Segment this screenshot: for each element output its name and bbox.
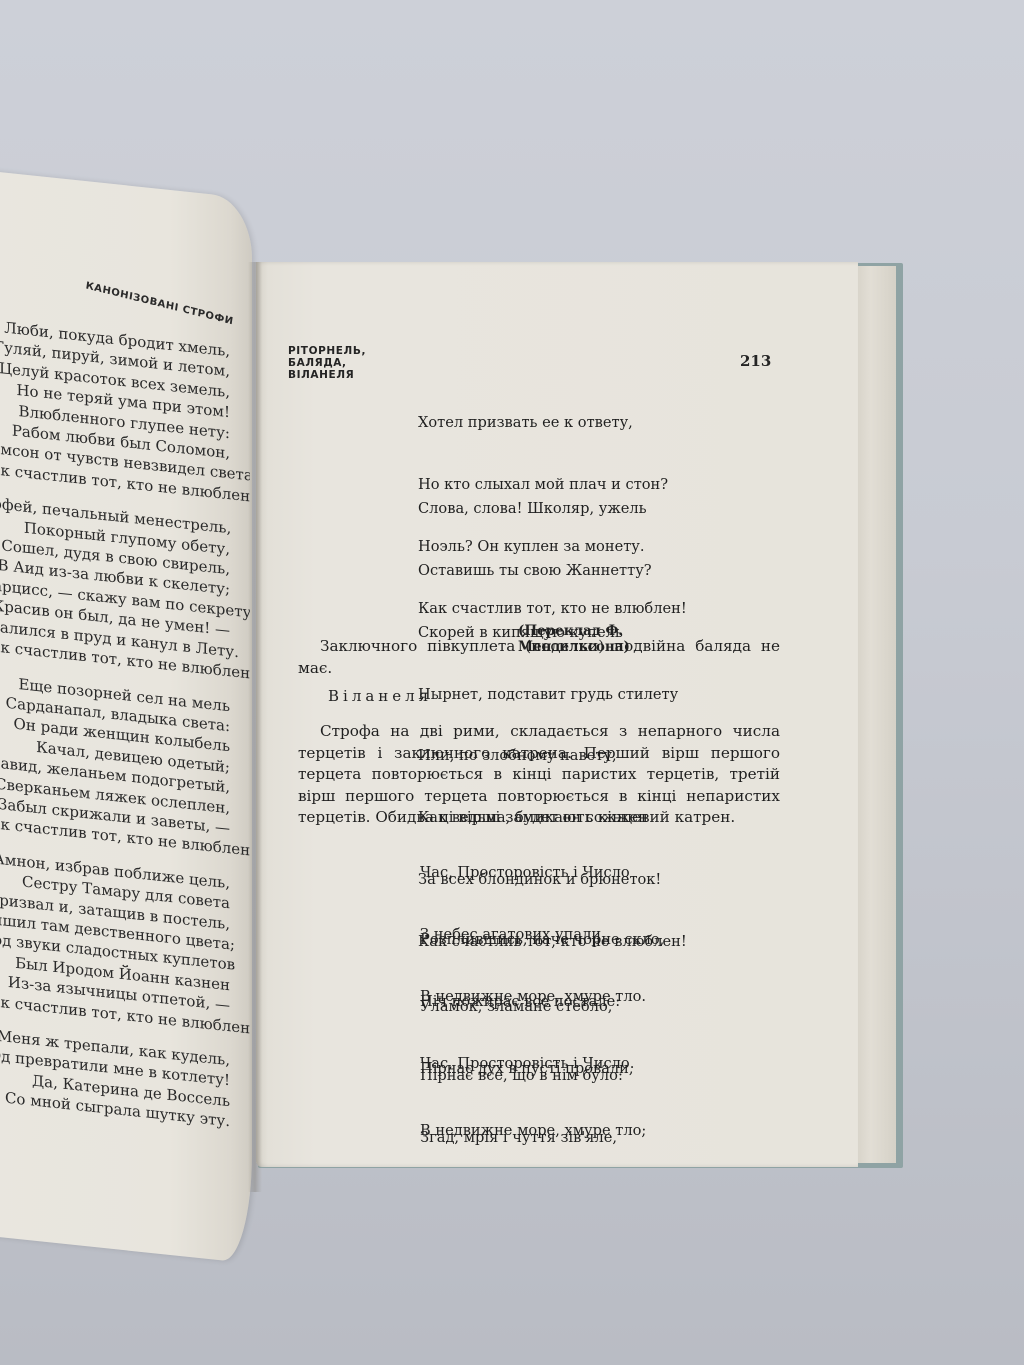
- left-page-text: Люби, покуда бродит хмель, Гуляй, пируй,…: [0, 315, 250, 1134]
- paragraph-text: Заключного півкуплета (посилки) подвійна…: [298, 637, 780, 677]
- left-page: КАНОНІЗОВАНІ СТРОФИ Люби, покуда бродит …: [0, 170, 252, 1264]
- left-stanza-1: Люби, покуда бродит хмель, Гуляй, пируй,…: [0, 315, 250, 507]
- verse-line: Оставишь ты свою Жаннетту?: [418, 561, 687, 582]
- left-stanza-2: Орфей, печальный менестрель, Покорный гл…: [0, 492, 250, 684]
- verse-line: Згад, мрія і чуття зів'яле,: [420, 1128, 623, 1149]
- book-photo-scene: КАНОНІЗОВАНІ СТРОФИ Люби, покуда бродит …: [0, 0, 1024, 1365]
- gutter-shadow: [248, 262, 262, 1192]
- villanelle-stanza-4: Пірнає все, що в нім було: Згад, мрія і …: [420, 1025, 623, 1190]
- verse-line: Пірнає все, що в нім було:: [420, 1066, 623, 1087]
- verse-line: Хотел призвать ее к ответу,: [418, 413, 687, 434]
- paragraph-villanelle-definition: Строфа на дві рими, складається з непарн…: [298, 721, 780, 829]
- left-stanza-3: Еще позорней сел на мель Сарданапал, вла…: [0, 670, 250, 862]
- verse-line: Час, Просторовість і Число: [420, 863, 646, 884]
- verse-line: Нырнет, подставит грудь стилету: [418, 685, 687, 706]
- left-stanza-4: Амнон, избрав поближе цель, Сестру Тамар…: [0, 847, 250, 1039]
- left-running-head: КАНОНІЗОВАНІ СТРОФИ: [85, 280, 234, 327]
- verse-line: Розплившись, наче чорне скло,: [420, 930, 664, 951]
- paragraph-envoi-note: Заключного півкуплета (посилки) подвійна…: [298, 636, 780, 679]
- verse-line: Уламок, зламане стебло,: [420, 997, 646, 1018]
- page-number: 213: [740, 352, 771, 370]
- right-running-head: РІТОРНЕЛЬ, БАЛЯДА, ВІЛАНЕЛЯ: [288, 345, 366, 381]
- paragraph-text: Строфа на дві рими, складається з непарн…: [298, 722, 780, 826]
- verse-line: Слова, слова! Школяр, ужель: [418, 499, 687, 520]
- section-title-villanelle: Віланеля: [328, 687, 432, 705]
